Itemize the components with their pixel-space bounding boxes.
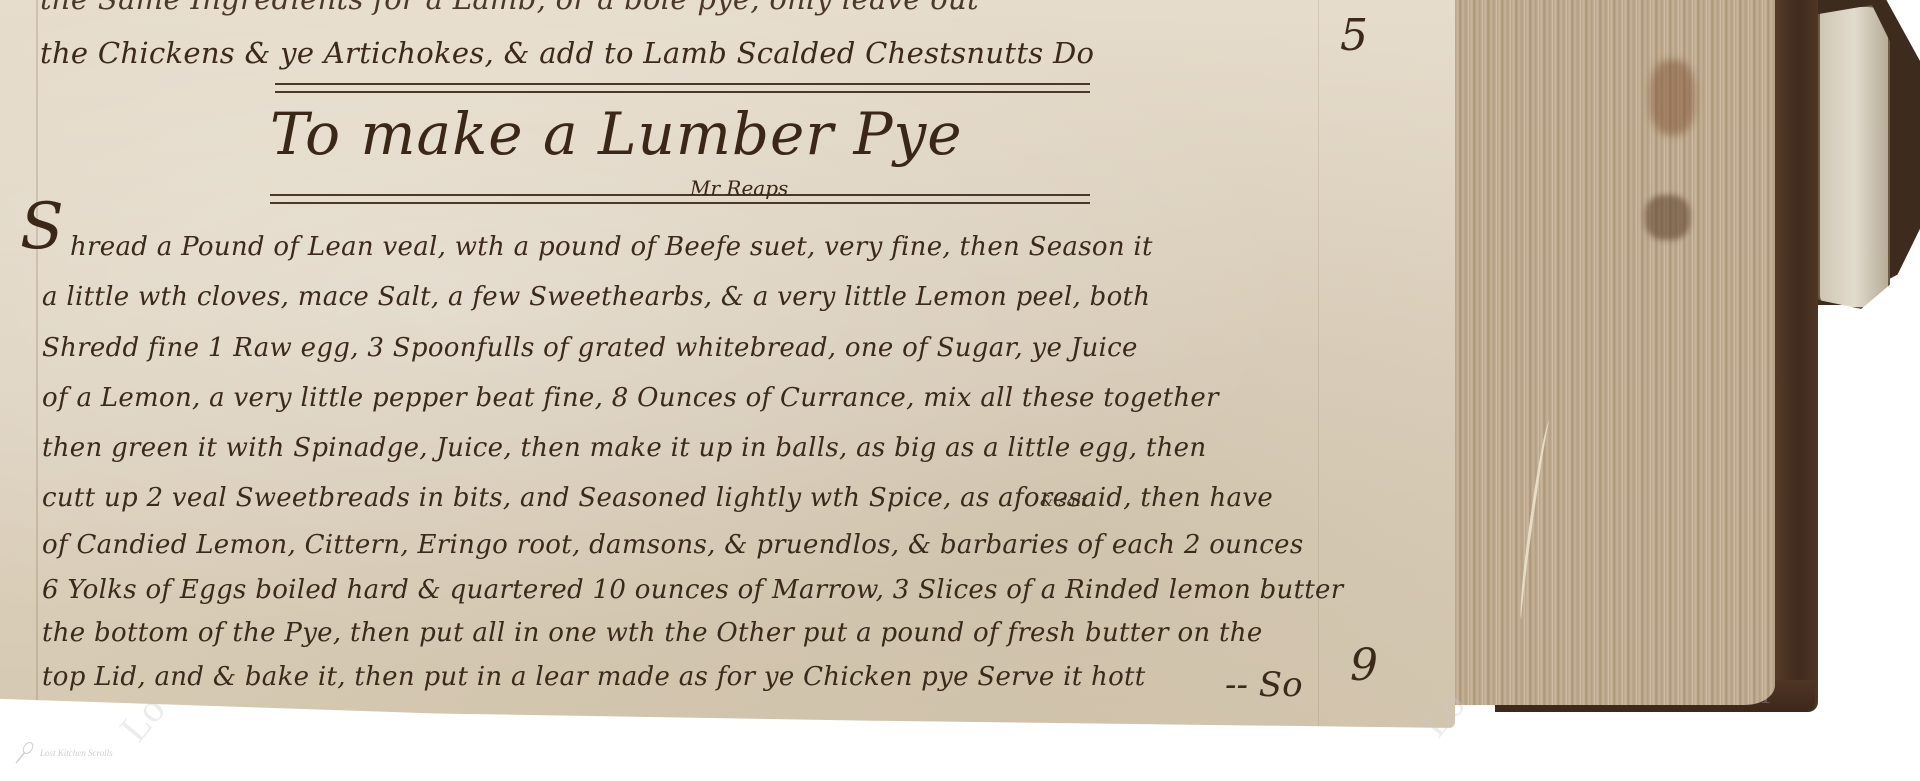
recipe-line: Shredd fine 1 Raw egg, 3 Spoonfulls of g… [42,333,1138,363]
divider-rule [275,91,1090,93]
recipe-line: the bottom of the Pye, then put all in o… [42,618,1263,648]
watermark-logo: Lost Kitchen Scrolls [14,742,113,764]
recipe-line: a little wth cloves, mace Salt, a few Sw… [42,282,1150,312]
inserted-word: & salt [1040,492,1087,510]
watermark-logo-text: Lost Kitchen Scrolls [40,748,113,758]
book-cover-edge [1770,0,1818,712]
recipe-title: To make a Lumber Pye [270,100,963,168]
recipe-line: of a Lemon, a very little pepper beat fi… [42,383,1219,413]
drop-cap: S [20,190,64,264]
divider-rule [275,83,1090,85]
recipe-line: of Candied Lemon, Cittern, Eringo root, … [42,530,1303,560]
end-mark: -- So [1225,665,1303,705]
stain [1650,60,1695,135]
manuscript-page: the Same Ingredients for a Lamb, or a bo… [0,0,1455,728]
preceding-recipe-line-2: the Chickens & ye Artichokes, & add to L… [40,36,1094,70]
whisk-icon [14,742,34,764]
page-block-edges [1455,0,1775,705]
title-underline [270,202,1090,204]
title-underline [270,194,1090,196]
book-clasp [1818,5,1890,309]
recipe-line: top Lid, and & bake it, then put in a le… [42,662,1146,692]
recipe-attribution: Mr Reaps [690,176,788,200]
recipe-line: cutt up 2 veal Sweetbreads in bits, and … [42,483,1273,513]
recipe-line: 6 Yolks of Eggs boiled hard & quartered … [42,575,1343,605]
left-margin-rule [36,0,38,728]
right-margin-rule [1318,0,1319,728]
stain [1645,195,1690,240]
recipe-line: hread a Pound of Lean veal, wth a pound … [70,232,1153,262]
recipe-line: then green it with Spinadge, Juice, then… [42,433,1206,463]
margin-mark-bottom: 9 [1350,640,1378,691]
margin-mark-top: 5 [1340,10,1368,61]
preceding-recipe-line-1: the Same Ingredients for a Lamb, or a bo… [40,0,979,16]
